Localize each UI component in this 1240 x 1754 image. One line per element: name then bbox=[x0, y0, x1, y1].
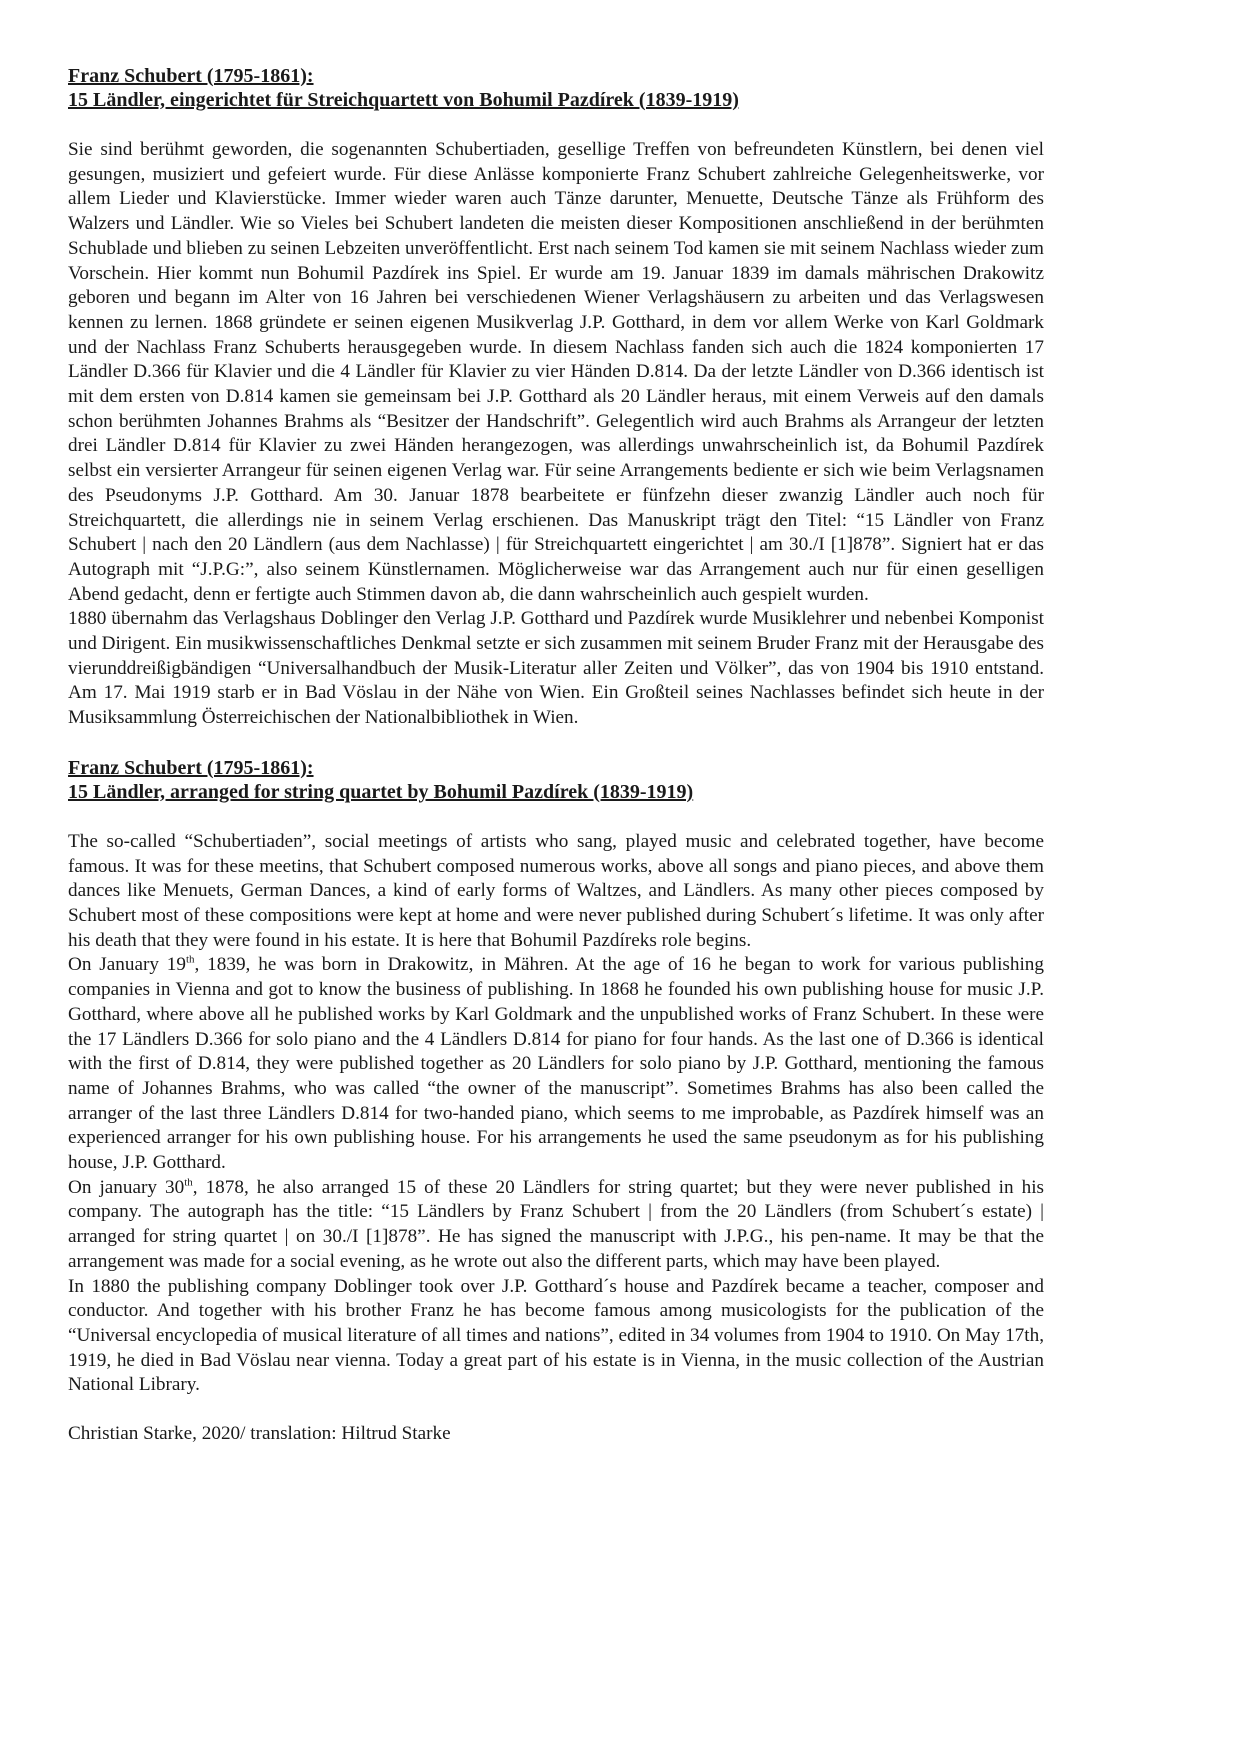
german-paragraph-2: 1880 übernahm das Verlagshaus Doblinger … bbox=[68, 607, 1044, 731]
german-title-line2: 15 Ländler, eingerichtet für Streichquar… bbox=[68, 88, 1044, 112]
english-paragraph-4: In 1880 the publishing company Doblinger… bbox=[68, 1275, 1044, 1399]
ordinal-superscript: th bbox=[184, 1176, 193, 1188]
english-paragraph-3: On january 30th, 1878, he also arranged … bbox=[68, 1176, 1044, 1275]
german-paragraph-1: Sie sind berühmt geworden, die sogenannt… bbox=[68, 138, 1044, 607]
text-run: , 1839, he was born in Drakowitz, in Mäh… bbox=[68, 954, 1044, 1173]
text-run: , 1878, he also arranged 15 of these 20 … bbox=[68, 1177, 1044, 1272]
english-paragraph-1: The so-called “Schubertiaden”, social me… bbox=[68, 830, 1044, 954]
german-title-line1: Franz Schubert (1795-1861): bbox=[68, 64, 1044, 88]
english-title-line2: 15 Ländler, arranged for string quartet … bbox=[68, 780, 1044, 804]
english-section: Franz Schubert (1795-1861): 15 Ländler, … bbox=[68, 756, 1044, 1398]
text-run: On January 19 bbox=[68, 954, 186, 975]
text-run: On january 30 bbox=[68, 1177, 184, 1198]
ordinal-superscript: th bbox=[186, 954, 195, 966]
english-paragraph-2: On January 19th, 1839, he was born in Dr… bbox=[68, 953, 1044, 1175]
document-page: Franz Schubert (1795-1861): 15 Ländler, … bbox=[68, 64, 1044, 1447]
english-title-line1: Franz Schubert (1795-1861): bbox=[68, 756, 1044, 780]
author-credit: Christian Starke, 2020/ translation: Hil… bbox=[68, 1422, 1044, 1447]
german-section: Franz Schubert (1795-1861): 15 Ländler, … bbox=[68, 64, 1044, 731]
